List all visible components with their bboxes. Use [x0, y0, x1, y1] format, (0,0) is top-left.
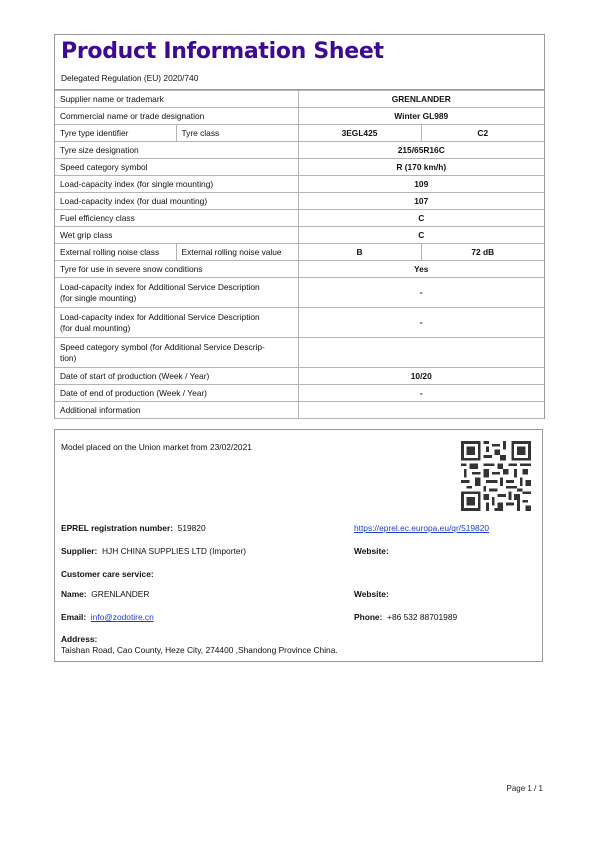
eprel-url-link[interactable]: https://eprel.ec.europa.eu/qr/519820 [354, 523, 489, 533]
row-label-line: Speed category symbol (for Additional Se… [60, 342, 265, 352]
eprel-registration: EPREL registration number: 519820 [61, 523, 206, 533]
customer-care-heading: Customer care service: [61, 569, 154, 579]
email-link[interactable]: info@zodotire.cn [91, 612, 154, 622]
name-label: Name: [61, 589, 87, 599]
row-label-line: (for single mounting) [60, 293, 136, 303]
email-label: Email: [61, 612, 86, 622]
row-label: Commercial name or trade designation [55, 108, 298, 125]
phone-label: Phone: [354, 612, 382, 622]
row-label: External rolling noise value [176, 244, 298, 261]
page-number: Page 1 / 1 [507, 784, 543, 793]
name-value: GRENLANDER [91, 589, 149, 599]
address-value: Taishan Road, Cao County, Heze City, 274… [61, 645, 338, 655]
tyre-size-value: 215/65R16C [298, 142, 544, 159]
row-label: Tyre type identifier [55, 125, 176, 142]
load-dual-value: 107 [298, 193, 544, 210]
row-label-line: tion) [60, 353, 76, 363]
tyre-class-value: C2 [421, 125, 544, 142]
table-row: Additional information [55, 402, 544, 419]
customer-care-email: Email: info@zodotire.cn [61, 612, 154, 622]
additional-info-value [298, 402, 544, 419]
asd-load-dual-value: - [298, 308, 544, 338]
qr-code-icon[interactable] [461, 441, 531, 511]
row-label: Additional information [55, 402, 298, 419]
address-label: Address: [61, 634, 97, 644]
row-label: Tyre for use in severe snow conditions [55, 261, 298, 278]
asd-speed-value [298, 338, 544, 368]
asd-load-single-value: - [298, 278, 544, 308]
table-row: Load-capacity index (for dual mounting) … [55, 193, 544, 210]
table-row: Date of start of production (Week / Year… [55, 368, 544, 385]
table-row: Speed category symbol R (170 km/h) [55, 159, 544, 176]
table-row: Tyre size designation 215/65R16C [55, 142, 544, 159]
row-label: Load-capacity index for Additional Servi… [55, 278, 298, 308]
table-row: Load-capacity index for Additional Servi… [55, 308, 544, 338]
production-start-value: 10/20 [298, 368, 544, 385]
speed-category-value: R (170 km/h) [298, 159, 544, 176]
production-end-value: - [298, 385, 544, 402]
phone-value: +86 532 88701989 [387, 612, 457, 622]
customer-care-phone: Phone: +86 532 88701989 [354, 612, 457, 622]
table-row: External rolling noise class External ro… [55, 244, 544, 261]
table-row: Commercial name or trade designation Win… [55, 108, 544, 125]
load-single-value: 109 [298, 176, 544, 193]
row-label: Date of start of production (Week / Year… [55, 368, 298, 385]
commercial-name-value: Winter GL989 [298, 108, 544, 125]
snow-value: Yes [298, 261, 544, 278]
product-information-sheet: Product Information Sheet Delegated Regu… [54, 34, 545, 419]
noise-class-value: B [298, 244, 421, 261]
row-label: Tyre class [176, 125, 298, 142]
row-label: Speed category symbol [55, 159, 298, 176]
row-label: External rolling noise class [55, 244, 176, 261]
table-row: Speed category symbol (for Additional Se… [55, 338, 544, 368]
noise-value: 72 dB [421, 244, 544, 261]
table-row: Date of end of production (Week / Year) … [55, 385, 544, 402]
market-info-box: Model placed on the Union market from 23… [54, 429, 543, 662]
row-label: Load-capacity index (for dual mounting) [55, 193, 298, 210]
row-label: Tyre size designation [55, 142, 298, 159]
row-label-line: Load-capacity index for Additional Servi… [60, 312, 260, 322]
tyre-type-identifier-value: 3EGL425 [298, 125, 421, 142]
row-label-line: (for dual mounting) [60, 323, 130, 333]
fuel-efficiency-value: C [298, 210, 544, 227]
row-label: Speed category symbol (for Additional Se… [55, 338, 298, 368]
supplier-value: HJH CHINA SUPPLIES LTD (Importer) [102, 546, 246, 556]
regulation-subtitle: Delegated Regulation (EU) 2020/740 [55, 67, 544, 90]
supplier-label: Supplier: [61, 546, 97, 556]
table-row: Tyre type identifier Tyre class 3EGL425 … [55, 125, 544, 142]
supplier-info: Supplier: HJH CHINA SUPPLIES LTD (Import… [61, 546, 246, 556]
table-row: Wet grip class C [55, 227, 544, 244]
website-label: Website: [354, 546, 389, 556]
website-label: Website: [354, 589, 389, 599]
row-label: Load-capacity index for Additional Servi… [55, 308, 298, 338]
tyre-info-table: Supplier name or trademark GRENLANDER Co… [55, 90, 544, 419]
table-row: Supplier name or trademark GRENLANDER [55, 91, 544, 108]
table-row: Load-capacity index (for single mounting… [55, 176, 544, 193]
row-label: Supplier name or trademark [55, 91, 298, 108]
table-row: Fuel efficiency class C [55, 210, 544, 227]
customer-care-name: Name: GRENLANDER [61, 589, 149, 599]
wet-grip-value: C [298, 227, 544, 244]
page-title: Product Information Sheet [55, 35, 544, 67]
market-placed-text: Model placed on the Union market from 23… [61, 442, 252, 452]
row-label: Load-capacity index (for single mounting… [55, 176, 298, 193]
eprel-number: 519820 [178, 523, 206, 533]
eprel-label: EPREL registration number: [61, 523, 173, 533]
supplier-value: GRENLANDER [298, 91, 544, 108]
row-label: Date of end of production (Week / Year) [55, 385, 298, 402]
row-label-line: Load-capacity index for Additional Servi… [60, 282, 260, 292]
row-label: Wet grip class [55, 227, 298, 244]
row-label: Fuel efficiency class [55, 210, 298, 227]
table-row: Tyre for use in severe snow conditions Y… [55, 261, 544, 278]
table-row: Load-capacity index for Additional Servi… [55, 278, 544, 308]
